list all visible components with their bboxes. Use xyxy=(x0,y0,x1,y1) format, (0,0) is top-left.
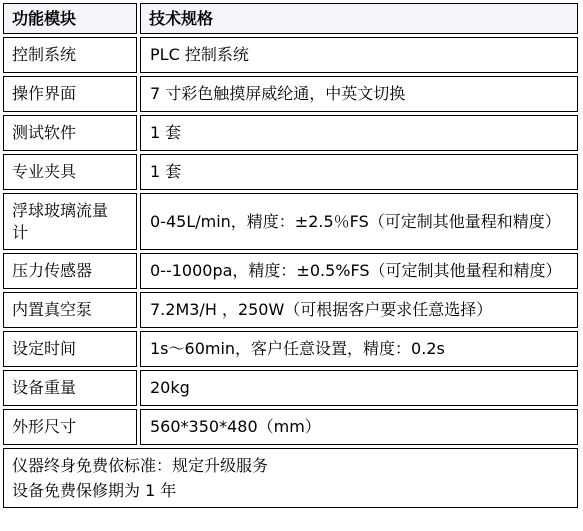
row-value-pressure-sensor: 0--1000pa，精度：±0.5%FS（可定制其他量程和精度） xyxy=(140,253,578,289)
row-value-set-time: 1s～60min，客户任意设置，精度：0.2s xyxy=(140,331,578,367)
table-footer-row: 仪器终身免费依标准：规定升级服务 设备免费保修期为 1 年 xyxy=(3,448,578,508)
table-row: 浮球玻璃流量计 0-45L/min，精度：±2.5％FS（可定制其他量程和精度） xyxy=(3,193,578,250)
table-row: 控制系统 PLC 控制系统 xyxy=(3,37,578,73)
spec-table: 功能模块 技术规格 控制系统 PLC 控制系统 操作界面 7 寸彩色触摸屏威纶通… xyxy=(0,0,581,511)
footer-warranty-standard-text: 仪器终身免费依标准：规定升级服务 xyxy=(12,453,569,478)
table-row: 测试软件 1 套 xyxy=(3,115,578,151)
row-label-float-glass-flowmeter: 浮球玻璃流量计 xyxy=(3,193,137,250)
row-value-dimensions: 560*350*480（mm） xyxy=(140,409,578,445)
row-value-float-glass-flowmeter: 0-45L/min，精度：±2.5％FS（可定制其他量程和精度） xyxy=(140,193,578,250)
table-row: 设备重量 20kg xyxy=(3,370,578,406)
table-header-row: 功能模块 技术规格 xyxy=(3,3,578,34)
table-row: 操作界面 7 寸彩色触摸屏威纶通，中英文切换 xyxy=(3,76,578,112)
table-row: 设定时间 1s～60min，客户任意设置，精度：0.2s xyxy=(3,331,578,367)
table-row: 压力传感器 0--1000pa，精度：±0.5%FS（可定制其他量程和精度） xyxy=(3,253,578,289)
row-label-equipment-weight: 设备重量 xyxy=(3,370,137,406)
row-value-control-system: PLC 控制系统 xyxy=(140,37,578,73)
row-label-dimensions: 外形尺寸 xyxy=(3,409,137,445)
footer-warranty-period-text: 设备免费保修期为 1 年 xyxy=(12,478,569,503)
footer-cell: 仪器终身免费依标准：规定升级服务 设备免费保修期为 1 年 xyxy=(3,448,578,508)
row-value-equipment-weight: 20kg xyxy=(140,370,578,406)
row-label-set-time: 设定时间 xyxy=(3,331,137,367)
row-label-operation-interface: 操作界面 xyxy=(3,76,137,112)
row-label-pressure-sensor: 压力传感器 xyxy=(3,253,137,289)
row-label-vacuum-pump: 内置真空泵 xyxy=(3,292,137,328)
row-value-test-software: 1 套 xyxy=(140,115,578,151)
table-row: 内置真空泵 7.2M3/H ，250W（可根据客户要求任意选择） xyxy=(3,292,578,328)
row-value-operation-interface: 7 寸彩色触摸屏威纶通，中英文切换 xyxy=(140,76,578,112)
row-label-test-software: 测试软件 xyxy=(3,115,137,151)
table-row: 专业夹具 1 套 xyxy=(3,154,578,190)
row-label-fixture: 专业夹具 xyxy=(3,154,137,190)
row-value-fixture: 1 套 xyxy=(140,154,578,190)
header-cell-function-module: 功能模块 xyxy=(3,3,137,34)
row-label-control-system: 控制系统 xyxy=(3,37,137,73)
header-cell-tech-spec: 技术规格 xyxy=(140,3,578,34)
table-row: 外形尺寸 560*350*480（mm） xyxy=(3,409,578,445)
row-value-vacuum-pump: 7.2M3/H ，250W（可根据客户要求任意选择） xyxy=(140,292,578,328)
